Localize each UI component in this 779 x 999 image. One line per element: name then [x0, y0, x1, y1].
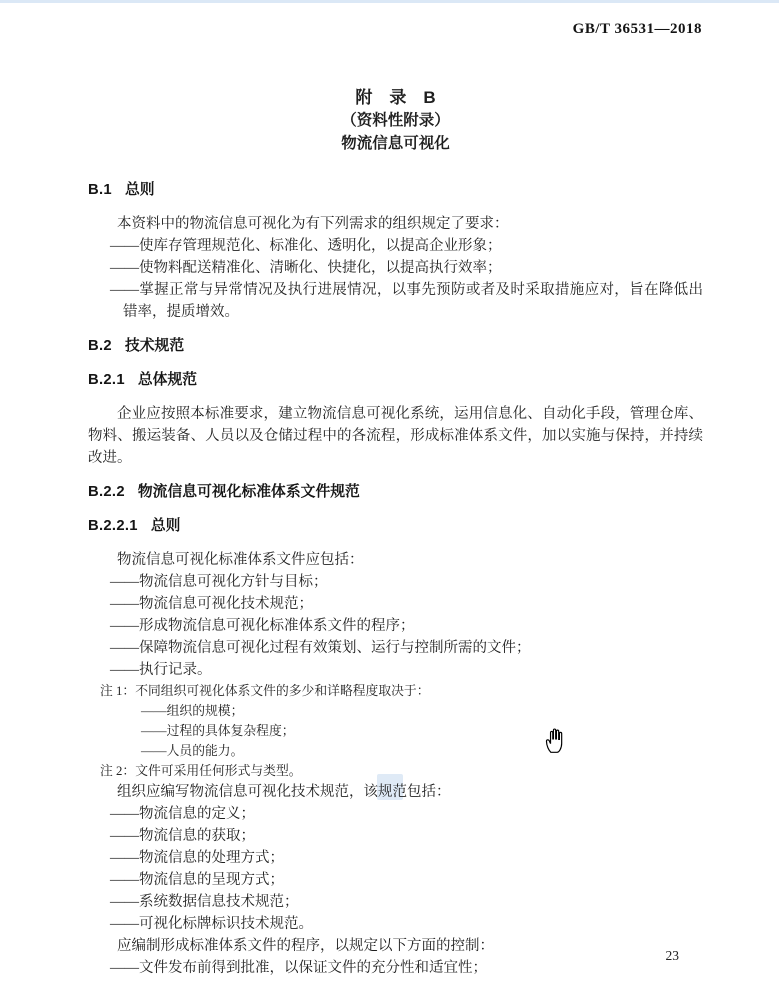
section-heading: B.2.1总体规范: [88, 369, 703, 391]
dash-list-item: ——系统数据信息技术规范；: [123, 891, 703, 913]
heading-title: 总体规范: [138, 372, 197, 388]
section-heading: B.1总则: [88, 179, 703, 201]
dash-list-item: ——文件发布前得到批准，以保证文件的充分性和适宜性；: [123, 957, 703, 979]
heading-number: B.2.2: [88, 484, 125, 500]
section-heading: B.2技术规范: [88, 335, 703, 357]
paragraph: 组织应编写物流信息可视化技术规范，该规范包括：: [88, 781, 703, 803]
appendix-name: 物流信息可视化: [88, 132, 703, 155]
note-list-item: ——过程的具体复杂程度；: [141, 721, 703, 741]
paragraph: 物流信息可视化标准体系文件应包括：: [88, 549, 703, 571]
dash-list-item: ——可视化标牌标识技术规范。: [123, 913, 703, 935]
dash-list-item: ——物流信息可视化技术规范；: [123, 593, 703, 615]
heading-number: B.1: [88, 182, 112, 198]
heading-number: B.2: [88, 338, 112, 354]
paragraph: 应编制形成标准体系文件的程序，以规定以下方面的控制：: [88, 935, 703, 957]
dash-list-item: ——使物料配送精准化、清晰化、快捷化，以提高执行效率；: [123, 257, 703, 279]
dash-list-item: ——物流信息可视化方针与目标；: [123, 571, 703, 593]
appendix-subtitle: （资料性附录）: [88, 109, 703, 132]
dash-list-item: ——保障物流信息可视化过程有效策划、运行与控制所需的文件；: [123, 637, 703, 659]
note-list-item: ——组织的规模；: [141, 701, 703, 721]
dash-list-item: ——掌握正常与异常情况及执行进展情况，以事先预防或者及时采取措施应对，旨在降低出…: [123, 279, 703, 323]
dash-list-item: ——物流信息的定义；: [123, 803, 703, 825]
heading-number: B.2.2.1: [88, 518, 138, 534]
appendix-title-block: 附 录 B （资料性附录） 物流信息可视化: [88, 86, 703, 155]
paragraph: 企业应按照本标准要求，建立物流信息可视化系统，运用信息化、自动化手段，管理仓库、…: [88, 403, 703, 469]
dash-list-item: ——执行记录。: [123, 659, 703, 681]
heading-title: 总则: [151, 518, 181, 534]
section-heading: B.2.2物流信息可视化标准体系文件规范: [88, 481, 703, 503]
heading-title: 物流信息可视化标准体系文件规范: [138, 484, 360, 500]
appendix-title: 附 录 B: [88, 86, 703, 109]
note: 注 1：不同组织可视化体系文件的多少和详略程度取决于：: [100, 681, 703, 701]
document-blocks: B.1总则本资料中的物流信息可视化为有下列需求的组织规定了要求：——使库存管理规…: [88, 179, 703, 979]
dash-list-item: ——形成物流信息可视化标准体系文件的程序；: [123, 615, 703, 637]
heading-number: B.2.1: [88, 372, 125, 388]
dash-list-item: ——物流信息的处理方式；: [123, 847, 703, 869]
heading-title: 技术规范: [125, 338, 184, 354]
note-list-item: ——人员的能力。: [141, 741, 703, 761]
paragraph: 本资料中的物流信息可视化为有下列需求的组织规定了要求：: [88, 213, 703, 235]
hand-grab-cursor-icon: [543, 725, 569, 755]
section-heading: B.2.2.1总则: [88, 515, 703, 537]
heading-title: 总则: [125, 182, 155, 198]
dash-list-item: ——使库存管理规范化、标准化、透明化，以提高企业形象；: [123, 235, 703, 257]
note: 注 2：文件可采用任何形式与类型。: [100, 761, 703, 781]
dash-list-item: ——物流信息的获取；: [123, 825, 703, 847]
dash-list-item: ——物流信息的呈现方式；: [123, 869, 703, 891]
document-page: 附 录 B （资料性附录） 物流信息可视化 B.1总则本资料中的物流信息可视化为…: [0, 0, 779, 979]
